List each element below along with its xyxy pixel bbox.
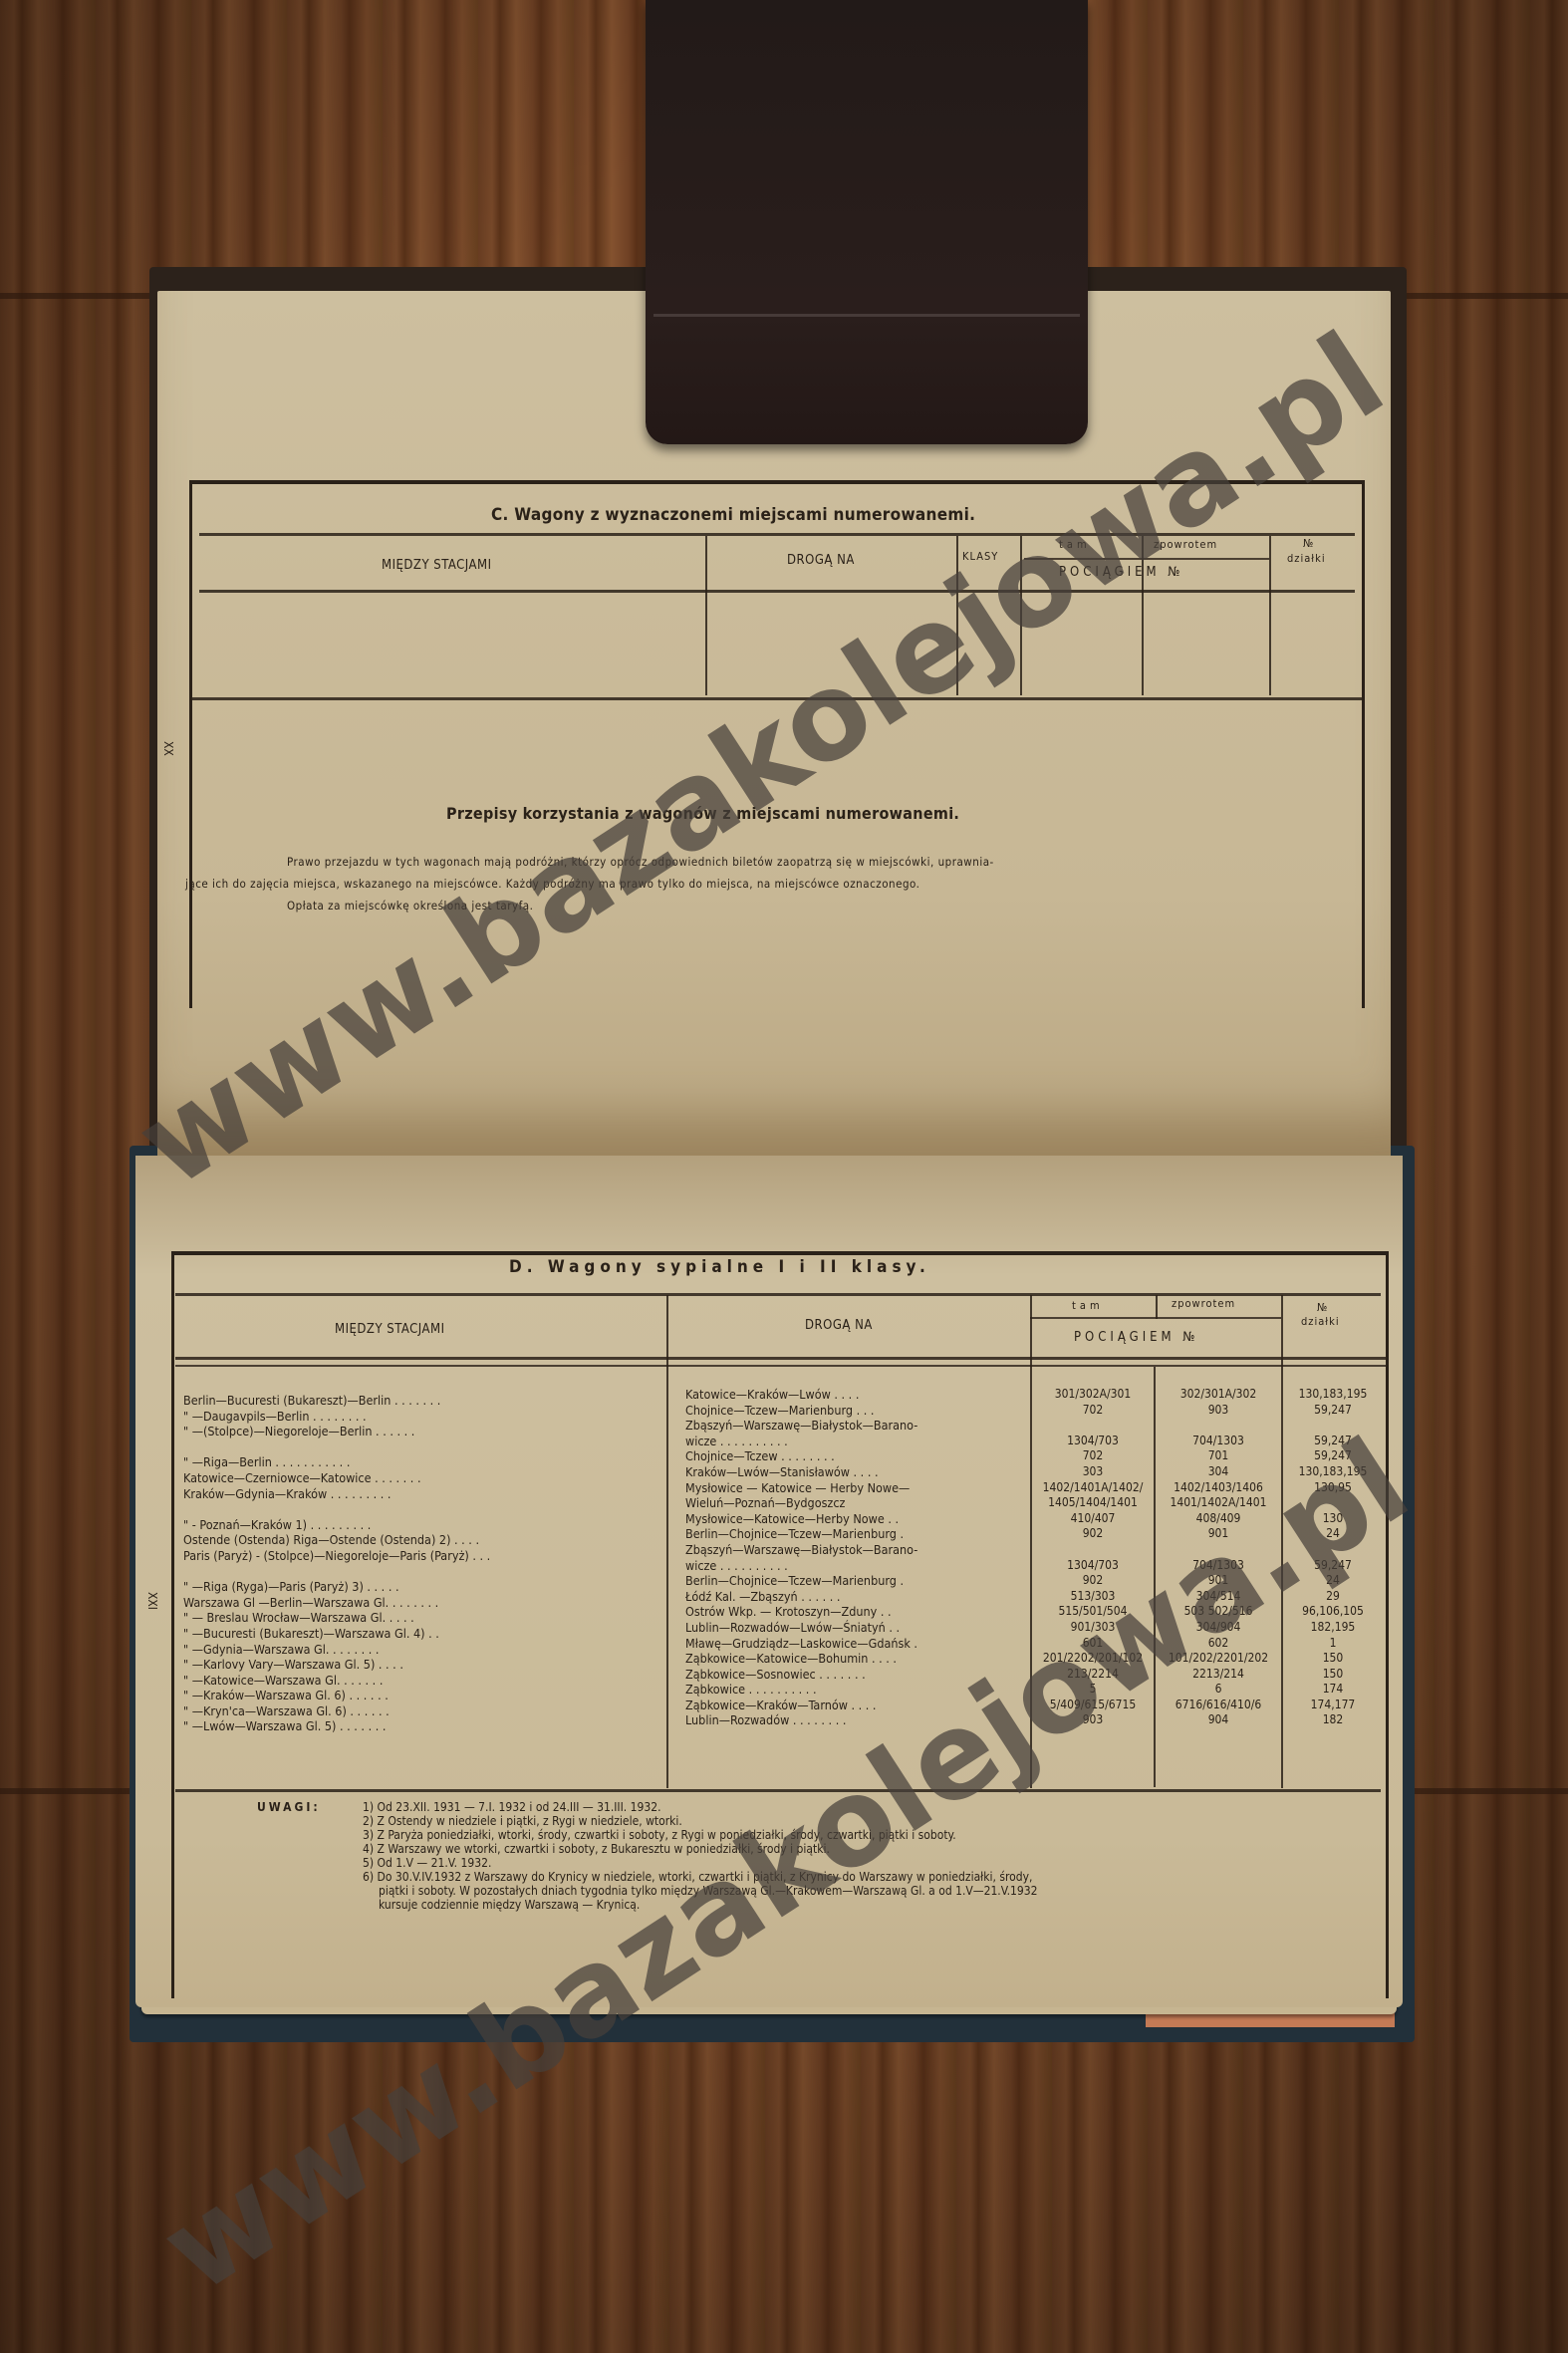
routes-column: Katowice—Kraków—Lwów . . . . Chojnice—Tc…: [685, 1387, 1029, 1728]
note-item: 4) Z Warszawy we wtorki, czwartki i sobo…: [363, 1842, 1037, 1856]
column-header-class: KLASY: [962, 550, 998, 563]
table-cell: 59,247: [1283, 1448, 1383, 1464]
column-header-route: DROGĄ NA: [787, 553, 855, 568]
note-item: piątki i soboty. W pozostałych dniach ty…: [363, 1884, 1037, 1898]
table-cell: " —Kryn'ca—Warszawa Gl. 6) . . . . . .: [183, 1703, 661, 1719]
table-cell: 150: [1283, 1667, 1383, 1683]
table-cell: " —Bucuresti (Bukareszt)—Warszawa Gl. 4)…: [183, 1626, 661, 1642]
table-cell: 1405/1404/1401: [1032, 1495, 1154, 1511]
train-back-column: 302/301A/302 903 704/1303 701 304 1402/1…: [1156, 1387, 1281, 1728]
table-cell: Lublin—Rozwadów—Lwów—Śniatyń . .: [685, 1620, 1029, 1636]
table-cell: 59,247: [1283, 1403, 1383, 1419]
table-cell: [1283, 1542, 1383, 1558]
table-cell: Lublin—Rozwadów . . . . . . . .: [685, 1712, 1029, 1728]
column-header-there: tam: [1072, 1299, 1104, 1312]
table-cell: 101/202/2201/202: [1156, 1651, 1281, 1667]
table-cell: Katowice—Czerniowce—Katowice . . . . . .…: [183, 1470, 661, 1486]
table-cell: 2213/214: [1156, 1667, 1281, 1683]
table-cell: Chojnice—Tczew . . . . . . . .: [685, 1448, 1029, 1464]
table-cell: 903: [1156, 1403, 1281, 1419]
table-cell: 903: [1032, 1712, 1154, 1728]
table-cell: " —(Stolpce)—Niegoreloje—Berlin . . . . …: [183, 1424, 661, 1439]
table-cell: " —Karlovy Vary—Warszawa Gl. 5) . . . .: [183, 1657, 661, 1673]
table-cell: Ostrów Wkp. — Krotoszyn—Zduny . .: [685, 1604, 1029, 1620]
table-cell: 701: [1156, 1448, 1281, 1464]
table-cell: 408/409: [1156, 1511, 1281, 1527]
table-cell: 304/514: [1156, 1589, 1281, 1605]
table-cell: Kraków—Lwów—Stanisławów . . . .: [685, 1464, 1029, 1480]
column-divider: [1020, 536, 1022, 695]
table-cell: 1304/703: [1032, 1434, 1154, 1449]
table-cell: 702: [1032, 1403, 1154, 1419]
table-cell: " —Riga—Berlin . . . . . . . . . . .: [183, 1454, 661, 1470]
table-cell: [183, 1564, 661, 1580]
divider: [1024, 558, 1269, 560]
table-cell: 59,247: [1283, 1558, 1383, 1574]
table-cell: 24: [1283, 1526, 1383, 1542]
table-cell: 182: [1283, 1712, 1383, 1728]
table-cell: 901/303: [1032, 1620, 1154, 1636]
divider: [175, 1293, 1381, 1296]
table-cell: 301/302A/301: [1032, 1387, 1154, 1403]
table-cell: 304: [1156, 1464, 1281, 1480]
column-header-back: zpowrotem: [1154, 538, 1217, 551]
table-cell: [1156, 1542, 1281, 1558]
column-header-section-no: №: [1303, 537, 1314, 550]
column-header-section-sub: działki: [1301, 1315, 1340, 1328]
table-cell: 150: [1283, 1651, 1383, 1667]
column-divider: [956, 536, 958, 695]
table-cell: 174,177: [1283, 1698, 1383, 1713]
column-divider: [1269, 536, 1271, 695]
divider: [192, 697, 1363, 700]
table-cell: Mysłowice — Katowice — Herby Nowe—: [685, 1480, 1029, 1496]
train-there-column: 301/302A/301 702 1304/703 702 303 1402/1…: [1032, 1387, 1154, 1728]
column-header-between-stations: MIĘDZY STACJAMI: [382, 558, 492, 573]
table-cell: 601: [1032, 1636, 1154, 1652]
table-cell: Berlin—Chojnice—Tczew—Marienburg .: [685, 1526, 1029, 1542]
table-cell: Berlin—Bucuresti (Bukareszt)—Berlin . . …: [183, 1393, 661, 1409]
column-divider: [1142, 536, 1144, 695]
table-cell: [1283, 1418, 1383, 1434]
table-cell: 904: [1156, 1712, 1281, 1728]
table-cell: Paris (Paryż) - (Stolpce)—Niegoreloje—Pa…: [183, 1548, 661, 1564]
column-header-train-no: POCIĄGIEM №: [1059, 565, 1184, 580]
table-cell: 130,183,195: [1283, 1464, 1383, 1480]
table-cell: " —Daugavpils—Berlin . . . . . . . .: [183, 1409, 661, 1425]
note-item: 3) Z Paryża poniedziałki, wtorki, środy,…: [363, 1828, 1037, 1842]
stations-column: Berlin—Bucuresti (Bukareszt)—Berlin . . …: [183, 1393, 661, 1734]
note-item: 5) Od 1.V — 21.V. 1932.: [363, 1856, 1037, 1870]
table-cell: 5: [1032, 1682, 1154, 1698]
table-cell: Ząbkowice—Katowice—Bohumin . . . .: [685, 1651, 1029, 1667]
table-cell: 182,195: [1283, 1620, 1383, 1636]
notes-label: UWAGI:: [257, 1800, 321, 1814]
table-cell: 515/501/504: [1032, 1604, 1154, 1620]
table-cell: Kraków—Gdynia—Kraków . . . . . . . . .: [183, 1486, 661, 1502]
table-cell: 702: [1032, 1448, 1154, 1464]
table-cell: Wieluń—Poznań—Bydgoszcz: [685, 1495, 1029, 1511]
table-cell: " —Riga (Ryga)—Paris (Paryż) 3) . . . . …: [183, 1579, 661, 1595]
rules-paragraph-line-2: jące ich do zajęcia miejsca, wskazanego …: [185, 877, 919, 891]
table-cell: 303: [1032, 1464, 1154, 1480]
table-cell: Ząbkowice—Sosnowiec . . . . . . .: [685, 1667, 1029, 1683]
rules-paragraph-line-3: Opłata za miejscówkę określona jest tary…: [287, 899, 533, 913]
column-divider: [1156, 1295, 1158, 1319]
column-divider: [705, 536, 707, 695]
table-cell: [183, 1439, 661, 1455]
table-cell: 902: [1032, 1573, 1154, 1589]
section-number-column: 130,183,195 59,247 59,247 59,247 130,183…: [1283, 1387, 1383, 1728]
table-cell: 902: [1032, 1526, 1154, 1542]
table-cell: 410/407: [1032, 1511, 1154, 1527]
table-cell: Zbąszyń—Warszawę—Białystok—Barano-: [685, 1418, 1029, 1434]
column-header-back: zpowrotem: [1172, 1297, 1235, 1310]
notes-list: 1) Od 23.XII. 1931 — 7.I. 1932 i od 24.I…: [363, 1800, 1037, 1912]
table-cell: Łódź Kal. —Zbąszyń . . . . . .: [685, 1589, 1029, 1605]
page-number: XX: [161, 741, 175, 756]
table-cell: [183, 1501, 661, 1517]
table-cell: " — Breslau Wrocław—Warszawa Gl. . . . .: [183, 1610, 661, 1626]
leather-strap: [646, 0, 1088, 444]
table-cell: 96,106,105: [1283, 1604, 1383, 1620]
table-cell: 6: [1156, 1682, 1281, 1698]
note-item: 2) Z Ostendy w niedziele i piątki, z Ryg…: [363, 1814, 1037, 1828]
note-item: 1) Od 23.XII. 1931 — 7.I. 1932 i od 24.I…: [363, 1800, 1037, 1814]
table-cell: Ząbkowice—Kraków—Tarnów . . . .: [685, 1698, 1029, 1713]
rules-title: Przepisy korzystania z wagonów z miejsca…: [446, 804, 959, 823]
table-cell: " —Katowice—Warszawa Gl. . . . . . .: [183, 1673, 661, 1689]
table-cell: 1304/703: [1032, 1558, 1154, 1574]
table-cell: 130,183,195: [1283, 1387, 1383, 1403]
divider: [175, 1789, 1381, 1792]
table-cell: 130: [1283, 1511, 1383, 1527]
table-cell: [1156, 1418, 1281, 1434]
table-cell: Katowice—Kraków—Lwów . . . .: [685, 1387, 1029, 1403]
table-cell: 174: [1283, 1682, 1383, 1698]
section-d-title: D. Wagony sypialne I i II klasy.: [509, 1257, 930, 1277]
table-cell: " - Poznań—Kraków 1) . . . . . . . . .: [183, 1517, 661, 1533]
table-cell: 1402/1403/1406: [1156, 1480, 1281, 1496]
rules-paragraph-line-1: Prawo przejazdu w tych wagonach mają pod…: [287, 855, 994, 869]
table-cell: 901: [1156, 1526, 1281, 1542]
table-cell: 24: [1283, 1573, 1383, 1589]
column-header-there: tam: [1059, 538, 1091, 551]
table-cell: wicze . . . . . . . . . .: [685, 1558, 1029, 1574]
page-number: XXI: [145, 1592, 159, 1610]
table-cell: 1: [1283, 1636, 1383, 1652]
table-cell: Zbąszyń—Warszawę—Białystok—Barano-: [685, 1542, 1029, 1558]
table-cell: " —Kraków—Warszawa Gl. 6) . . . . . .: [183, 1688, 661, 1703]
divider: [199, 590, 1355, 593]
table-cell: " —Lwów—Warszawa Gl. 5) . . . . . . .: [183, 1718, 661, 1734]
column-header-between-stations: MIĘDZY STACJAMI: [335, 1322, 445, 1337]
table-cell: Mysłowice—Katowice—Herby Nowe . .: [685, 1511, 1029, 1527]
table-cell: 130,95: [1283, 1480, 1383, 1496]
table-cell: 513/303: [1032, 1589, 1154, 1605]
table-cell: 6716/616/410/6: [1156, 1698, 1281, 1713]
table-cell: 59,247: [1283, 1434, 1383, 1449]
column-divider: [666, 1295, 668, 1788]
table-cell: [1032, 1542, 1154, 1558]
section-c-frame: [189, 480, 1365, 1008]
table-cell: Ząbkowice . . . . . . . . . .: [685, 1682, 1029, 1698]
table-cell: 304/904: [1156, 1620, 1281, 1636]
strap-fold: [653, 314, 1080, 317]
divider: [175, 1365, 1386, 1367]
table-cell: wicze . . . . . . . . . .: [685, 1434, 1029, 1449]
table-cell: Ostende (Ostenda) Riga—Ostende (Ostenda)…: [183, 1532, 661, 1548]
table-cell: 704/1303: [1156, 1558, 1281, 1574]
note-item: 6) Do 30.V.IV.1932 z Warszawy do Krynicy…: [363, 1870, 1037, 1884]
table-cell: 213/2214: [1032, 1667, 1154, 1683]
table-cell: 302/301A/302: [1156, 1387, 1281, 1403]
table-cell: [1283, 1495, 1383, 1511]
table-cell: Chojnice—Tczew—Marienburg . . .: [685, 1403, 1029, 1419]
table-cell: 503 502/516: [1156, 1604, 1281, 1620]
column-header-section-no: №: [1317, 1301, 1328, 1314]
table-cell: 29: [1283, 1589, 1383, 1605]
table-cell: Warszawa Gl —Berlin—Warszawa Gl. . . . .…: [183, 1595, 661, 1611]
note-item: kursuje codziennie między Warszawą — Kry…: [363, 1898, 1037, 1912]
table-cell: 1401/1402A/1401: [1156, 1495, 1281, 1511]
table-cell: 602: [1156, 1636, 1281, 1652]
table-cell: Mławę—Grudziądz—Laskowice—Gdańsk .: [685, 1636, 1029, 1652]
section-c-title: C. Wagony z wyznaczonemi miejscami numer…: [491, 505, 975, 525]
column-header-section-sub: działki: [1287, 552, 1326, 565]
table-cell: 1402/1401A/1402/: [1032, 1480, 1154, 1496]
column-header-train-no: POCIĄGIEM №: [1074, 1330, 1199, 1345]
table-cell: 201/2202/201/102: [1032, 1651, 1154, 1667]
table-cell: 5/409/615/6715: [1032, 1698, 1154, 1713]
table-cell: 704/1303: [1156, 1434, 1281, 1449]
divider: [175, 1357, 1386, 1360]
table-cell: " —Gdynia—Warszawa Gl. . . . . . . .: [183, 1642, 661, 1658]
table-cell: [1032, 1418, 1154, 1434]
divider: [199, 533, 1355, 536]
table-cell: 901: [1156, 1573, 1281, 1589]
column-header-route: DROGĄ NA: [805, 1318, 873, 1333]
page-xxi: XXI D. Wagony sypialne I i II klasy. MIĘ…: [135, 1156, 1403, 2007]
table-cell: Berlin—Chojnice—Tczew—Marienburg .: [685, 1573, 1029, 1589]
notes-block: UWAGI: 1) Od 23.XII. 1931 — 7.I. 1932 i …: [257, 1800, 1373, 1920]
